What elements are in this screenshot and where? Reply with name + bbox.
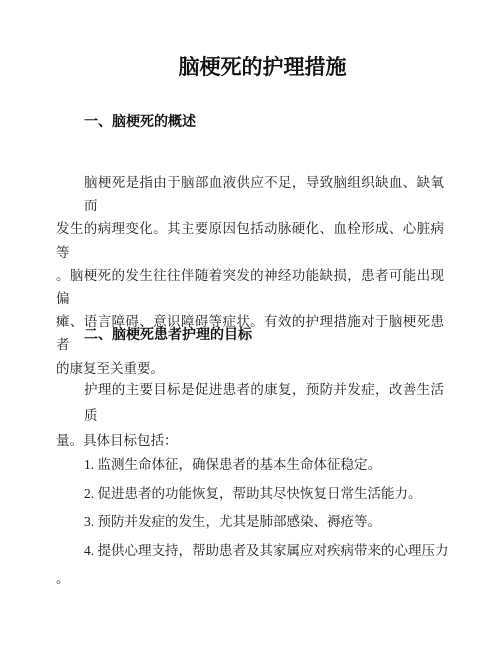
paragraph-line: 发生的病理变化。其主要原因包括动脉硬化、血栓形成、心脏病等	[56, 217, 444, 263]
paragraph-line: 脑梗死是指由于脑部血液供应不足，导致脑组织缺血、缺氧而	[56, 171, 444, 217]
goals-list: 1. 监测生命体征，确保患者的基本生命体征稳定。 2. 促进患者的功能恢复，帮助…	[56, 451, 444, 594]
list-item: 3. 预防并发症的发生，尤其是肺部感染、褥疮等。	[56, 508, 444, 537]
list-item: 1. 监测生命体征，确保患者的基本生命体征稳定。	[56, 451, 444, 480]
goals-intro-paragraph: 护理的主要目标是促进患者的康复，预防并发症，改善生活质 量。具体目标包括：	[56, 377, 444, 454]
list-item: 2. 促进患者的功能恢复，帮助其尽快恢复日常生活能力。	[56, 480, 444, 509]
overview-paragraph: 脑梗死是指由于脑部血液供应不足，导致脑组织缺血、缺氧而 发生的病理变化。其主要原…	[56, 171, 444, 380]
list-item-wrap: 。	[56, 565, 444, 594]
paragraph-line: 量。具体目标包括：	[56, 428, 444, 454]
paragraph-line: 。脑梗死的发生往往伴随着突发的神经功能缺损，患者可能出现偏	[56, 264, 444, 310]
document-page: 脑梗死的护理措施 一、脑梗死的概述 脑梗死是指由于脑部血液供应不足，导致脑组织缺…	[0, 0, 500, 647]
document-title: 脑梗死的护理措施	[0, 53, 500, 83]
section-goals-heading: 二、脑梗死患者护理的目标	[56, 325, 444, 343]
section-overview-heading: 一、脑梗死的概述	[56, 112, 444, 130]
paragraph-line: 护理的主要目标是促进患者的康复，预防并发症，改善生活质	[56, 377, 444, 428]
list-item: 4. 提供心理支持，帮助患者及其家属应对疾病带来的心理压力	[56, 537, 444, 566]
